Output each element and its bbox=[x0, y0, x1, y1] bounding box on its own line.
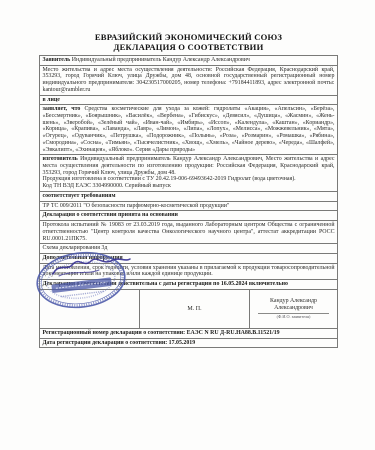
applicant-name: Индивидуальный предприниматель Кандур Ал… bbox=[72, 57, 250, 63]
additional-header-row: Дополнительная информация bbox=[39, 254, 338, 264]
applicant-row: Заявитель Индивидуальный предприниматель… bbox=[39, 56, 338, 66]
registration-date: Дата регистрации декларации о соответств… bbox=[43, 340, 196, 346]
applicant-address: Место жительства и адрес места осуществл… bbox=[43, 67, 335, 93]
document-title: ЕВРАЗИЙСКИЙ ЭКОНОМИЧЕСКИЙ СОЮЗ ДЕКЛАРАЦИ… bbox=[39, 32, 338, 53]
registration-number: Регистрационный номер декларации о соотв… bbox=[43, 330, 280, 336]
requirements-text-row: ТР ТС 009/2011 "О безопасности парфюмерн… bbox=[39, 202, 338, 212]
applicant-address-row: Место жительства и адрес места осуществл… bbox=[39, 66, 338, 96]
requirements-label: соответствует требованиям bbox=[43, 193, 116, 199]
declaration-title: ДЕКЛАРАЦИЯ О СООТВЕТСТВИИ bbox=[39, 42, 338, 52]
manufacturer-label: изготовитель bbox=[43, 156, 78, 162]
union-title: ЕВРАЗИЙСКИЙ ЭКОНОМИЧЕСКИЙ СОЮЗ bbox=[39, 32, 338, 42]
manufacturer-text: Индивидуальный предприниматель Кандур Ал… bbox=[43, 156, 335, 175]
declaration-scheme: Схема декларирования 3д bbox=[43, 245, 108, 251]
manufacturer-row: изготовитель Индивидуальный предпринимат… bbox=[39, 155, 338, 192]
declares-row: заявляет, что Средства косметические для… bbox=[39, 105, 338, 155]
manufacturer-tnved-line: Код ТН ВЭД ЕАЭС 3304990000. Серийный вып… bbox=[43, 183, 335, 190]
mp-label: М. П. bbox=[187, 306, 201, 312]
registration-number-row: Регистрационный номер декларации о соотв… bbox=[39, 329, 338, 339]
signer-name: Кандур Александр Александрович bbox=[254, 298, 333, 312]
scheme-row: Схема декларирования 3д bbox=[39, 244, 338, 254]
signer-caption: (Ф.И.О. заявителя) bbox=[277, 314, 311, 319]
signature-block: М. П. Кандур Александр Александрович (Ф.… bbox=[39, 290, 338, 329]
validity-text: Декларация о соответствии действительна … bbox=[43, 281, 289, 287]
basis-label: Декларация о соответствии принята на осн… bbox=[43, 212, 178, 218]
additional-text-row: Дата изготовления, срок годности, услови… bbox=[39, 264, 338, 280]
declaration-document: ЕВРАЗИЙСКИЙ ЭКОНОМИЧЕСКИЙ СОЮЗ ДЕКЛАРАЦИ… bbox=[39, 32, 338, 348]
declares-label: заявляет, что bbox=[43, 106, 81, 112]
registration-date-row: Дата регистрации декларации о соответств… bbox=[39, 339, 338, 349]
additional-info: Дата изготовления, срок годности, услови… bbox=[43, 265, 335, 278]
requirements-header-row: соответствует требованиям bbox=[39, 192, 338, 202]
signer-name-cell: Кандур Александр Александрович (Ф.И.О. з… bbox=[250, 290, 337, 328]
mp-cell: М. П. bbox=[140, 290, 250, 328]
product-list: Средства косметические для ухода за коже… bbox=[43, 106, 335, 152]
declaration-page: ЕВРАЗИЙСКИЙ ЭКОНОМИЧЕСКИЙ СОЮЗ ДЕКЛАРАЦИ… bbox=[0, 0, 375, 450]
in-person-row: в лице bbox=[39, 96, 338, 106]
basis-header-row: Декларация о соответствии принята на осн… bbox=[39, 211, 338, 221]
validity-row: Декларация о соответствии действительна … bbox=[39, 280, 338, 290]
additional-label: Дополнительная информация bbox=[43, 255, 123, 261]
technical-regulation: ТР ТС 009/2011 "О безопасности парфюмерн… bbox=[43, 203, 230, 209]
declaration-body: Заявитель Индивидуальный предприниматель… bbox=[39, 55, 338, 348]
applicant-label: Заявитель bbox=[43, 57, 71, 63]
basis-text-row: Протокола испытаний № 19083 от 23.03.201… bbox=[39, 221, 338, 244]
stamp-cell bbox=[40, 290, 140, 328]
in-person-label: в лице bbox=[43, 97, 60, 103]
test-protocol: Протокола испытаний № 19083 от 23.03.201… bbox=[43, 222, 335, 241]
